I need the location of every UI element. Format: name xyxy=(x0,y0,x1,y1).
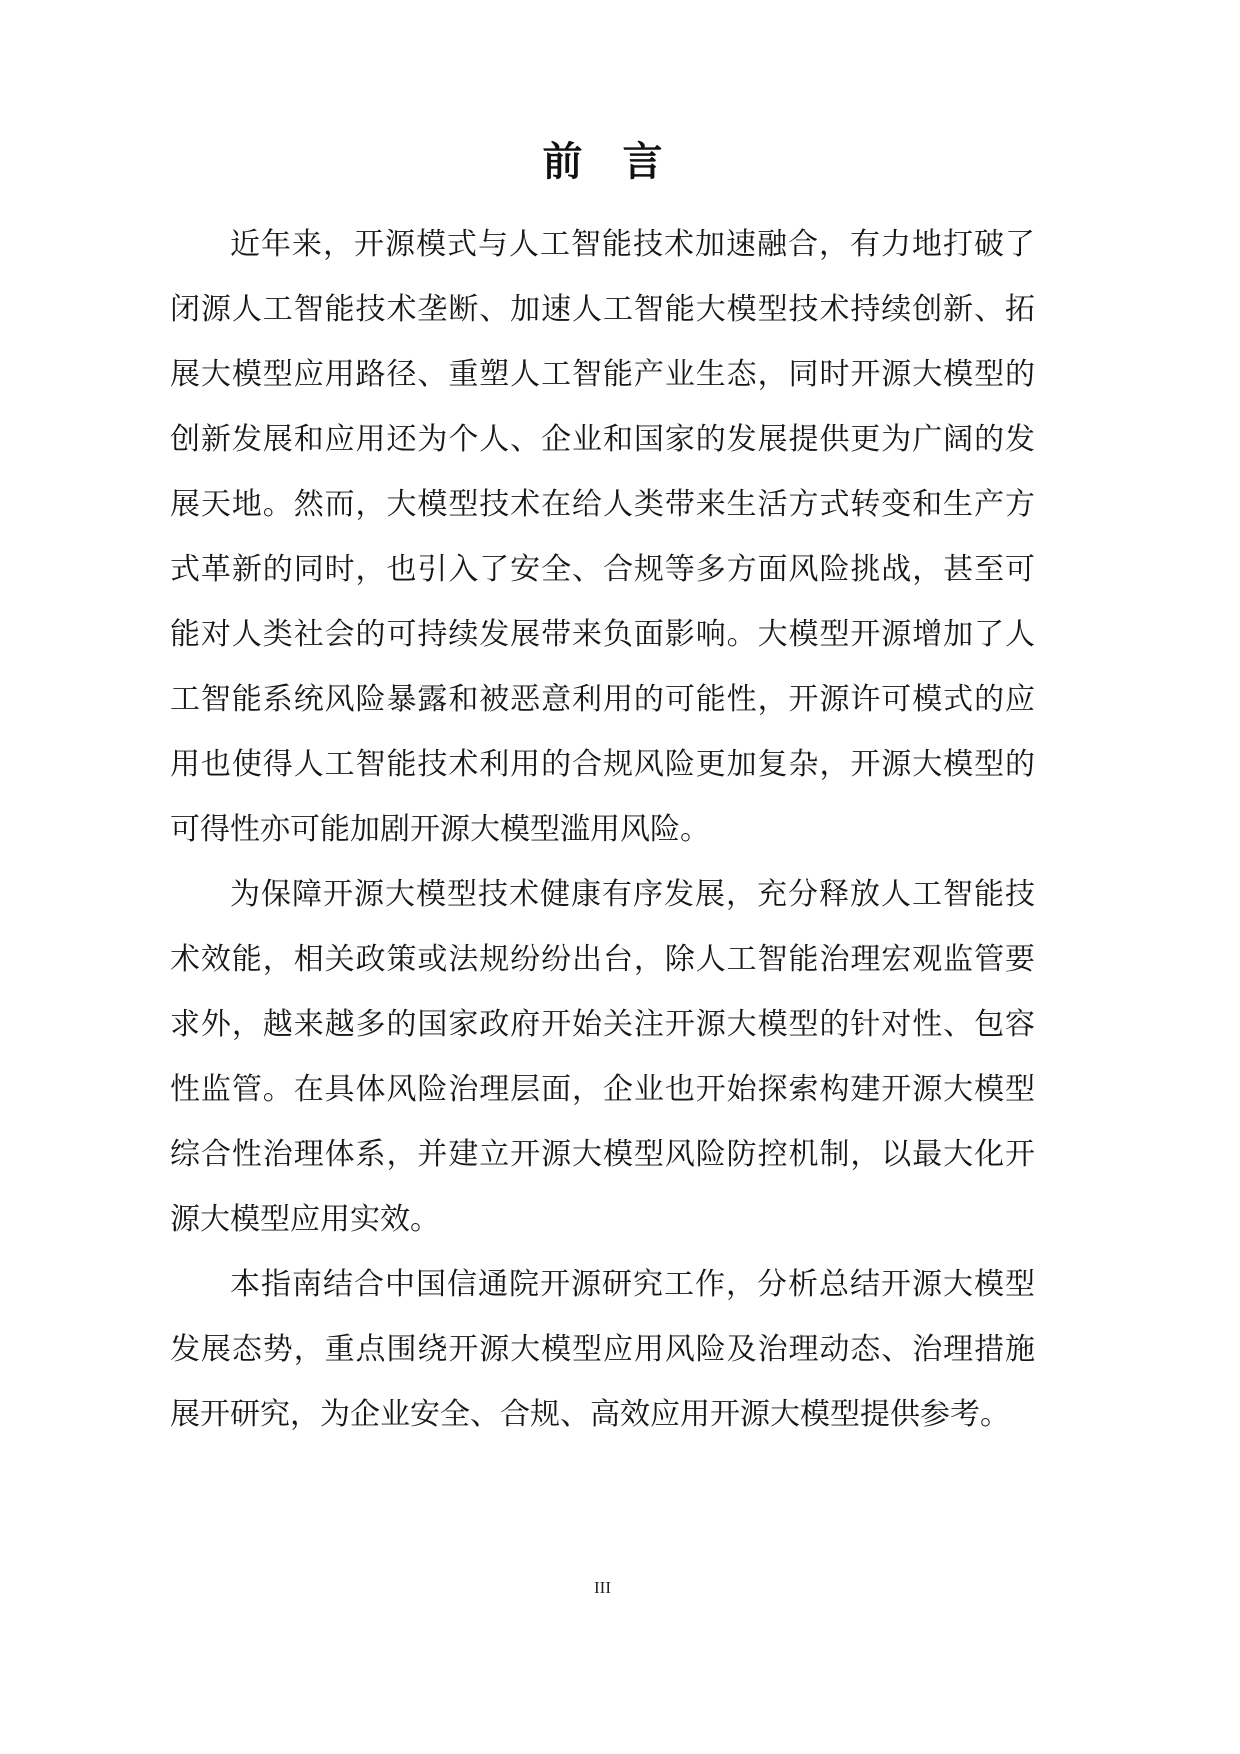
paragraph-2: 为保障开源大模型技术健康有序发展，充分释放人工智能技术效能，相关政策或法规纷纷出… xyxy=(170,862,1035,1252)
page-number: III xyxy=(170,1578,1035,1598)
page-title: 前 言 xyxy=(170,136,1035,188)
paragraph-3: 本指南结合中国信通院开源研究工作，分析总结开源大模型发展态势，重点围绕开源大模型… xyxy=(170,1252,1035,1447)
document-page: 前 言 近年来，开源模式与人工智能技术加速融合，有力地打破了闭源人工智能技术垄断… xyxy=(0,0,1240,1754)
preface-content: 近年来，开源模式与人工智能技术加速融合，有力地打破了闭源人工智能技术垄断、加速人… xyxy=(170,212,1035,1447)
paragraph-1: 近年来，开源模式与人工智能技术加速融合，有力地打破了闭源人工智能技术垄断、加速人… xyxy=(170,212,1035,862)
